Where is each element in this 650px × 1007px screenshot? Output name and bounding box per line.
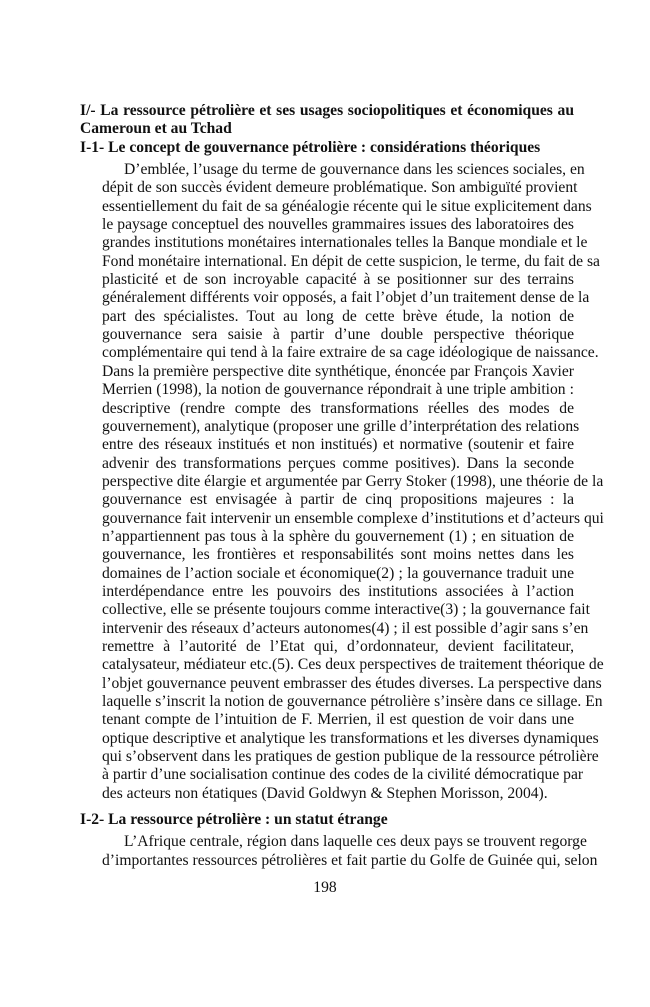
text-line: gouvernement), analytique (proposer une … <box>80 418 574 436</box>
text-line: à partir d’une socialisation continue de… <box>80 766 574 784</box>
text-line: gouvernance fait intervenir un ensemble … <box>80 510 574 528</box>
text-line: gouvernance, les frontières et responsab… <box>80 546 574 564</box>
text-line: grandes institutions monétaires internat… <box>80 234 574 252</box>
text-line: perspective dite élargie et argumentée p… <box>80 473 574 491</box>
document-page: I/- La ressource pétrolière et ses usage… <box>80 102 574 870</box>
subsection-heading-1-2: I-2- La ressource pétrolière : un statut… <box>80 811 574 829</box>
text-line: D’emblée, l’usage du terme de gouvernanc… <box>80 161 574 179</box>
text-line: gouvernance est envisagée à partir de ci… <box>80 491 574 509</box>
text-line: optique descriptive et analytique les tr… <box>80 730 574 748</box>
text-line: généralement différents voir opposés, a … <box>80 289 574 307</box>
text-line: d’importantes ressources pétrolières et … <box>80 852 574 870</box>
text-line: L’Afrique centrale, région dans laquelle… <box>80 833 574 851</box>
text-line: part des spécialistes. Tout au long de c… <box>80 308 574 326</box>
text-line: interdépendance entre les pouvoirs des i… <box>80 583 574 601</box>
text-line: entre des réseaux institués et non insti… <box>80 436 574 454</box>
page-number: 198 <box>0 879 650 897</box>
text-line: essentiellement du fait de sa généalogie… <box>80 198 574 216</box>
text-line: l’objet gouvernance peuvent embrasser de… <box>80 675 574 693</box>
text-line: Dans la première perspective dite synthé… <box>80 363 574 381</box>
heading-line: I-1- Le concept de gouvernance pétrolièr… <box>80 139 574 157</box>
text-line: laquelle s’inscrit la notion de gouverna… <box>80 693 574 711</box>
text-line: domaines de l’action sociale et économiq… <box>80 565 574 583</box>
text-line: advenir des transformations perçues comm… <box>80 455 574 473</box>
text-line: descriptive (rendre compte des transform… <box>80 400 574 418</box>
text-line: Merrien (1998), la notion de gouvernance… <box>80 381 574 399</box>
text-line: remettre à l’autorité de l’Etat qui, d’o… <box>80 638 574 656</box>
text-line: des acteurs non étatiques (David Goldwyn… <box>80 785 574 803</box>
text-line: le paysage conceptuel des nouvelles gram… <box>80 216 574 234</box>
paragraph-oil-resource: L’Afrique centrale, région dans laquelle… <box>80 833 574 870</box>
paragraph-governance-concept: D’emblée, l’usage du terme de gouvernanc… <box>80 161 574 803</box>
text-line: complémentaire qui tend à la faire extra… <box>80 344 574 362</box>
text-line: intervenir des réseaux d’acteurs autonom… <box>80 620 574 638</box>
text-line: catalysateur, médiateur etc.(5). Ces deu… <box>80 656 574 674</box>
heading-line: Cameroun et au Tchad <box>80 120 574 138</box>
text-line: Fond monétaire international. En dépit d… <box>80 253 574 271</box>
section-heading-1: I/- La ressource pétrolière et ses usage… <box>80 102 574 139</box>
text-line: tenant compte de l’intuition de F. Merri… <box>80 711 574 729</box>
subsection-heading-1-1: I-1- Le concept de gouvernance pétrolièr… <box>80 139 574 157</box>
text-line: gouvernance sera saisie à partir d’une d… <box>80 326 574 344</box>
text-line: plasticité et de son incroyable capacité… <box>80 271 574 289</box>
heading-line: I/- La ressource pétrolière et ses usage… <box>80 102 574 120</box>
heading-line: I-2- La ressource pétrolière : un statut… <box>80 811 574 829</box>
text-line: dépit de son succès évident demeure prob… <box>80 179 574 197</box>
text-line: n’appartiennent pas tous à la sphère du … <box>80 528 574 546</box>
text-line: collective, elle se présente toujours co… <box>80 601 574 619</box>
text-line: qui s’observent dans les pratiques de ge… <box>80 748 574 766</box>
